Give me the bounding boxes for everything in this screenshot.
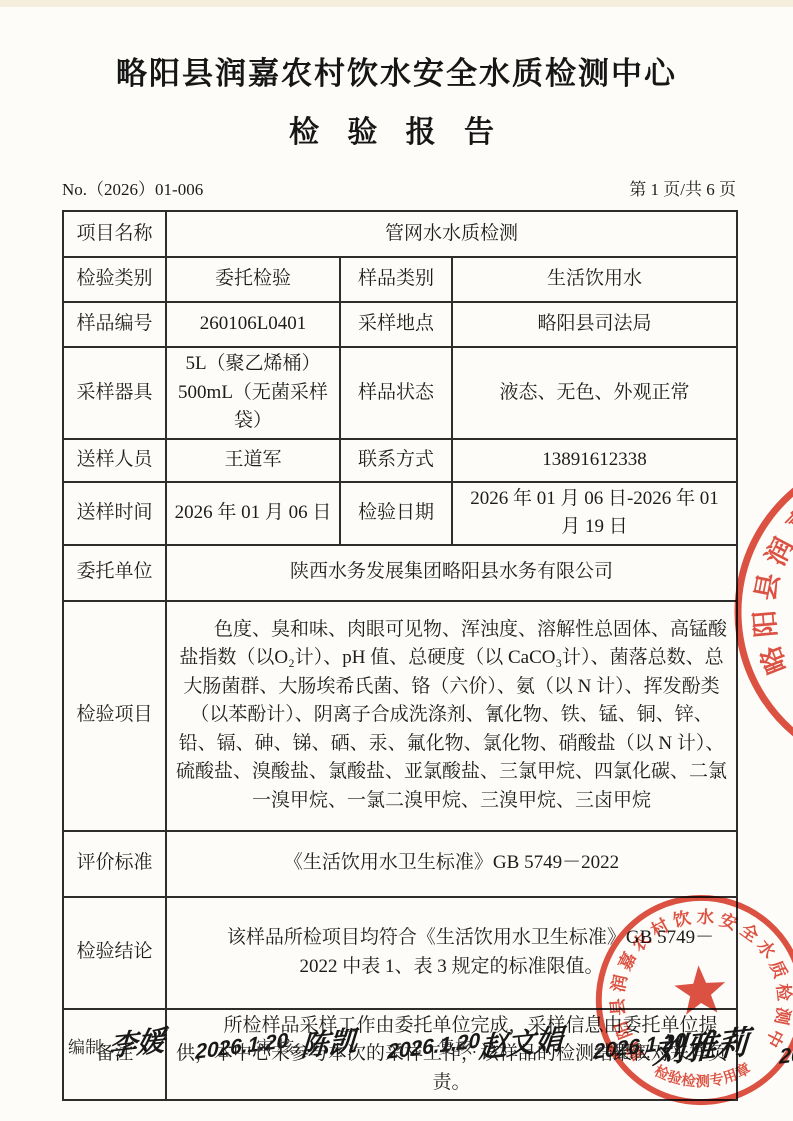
table-row: 检验类别 委托检验 样品类别 生活饮用水 bbox=[63, 257, 737, 302]
signature-block-approved: 批准:刘雅莉 2026.1.20 bbox=[612, 1022, 793, 1068]
send-date-value: 2026 年 01 月 06 日 bbox=[166, 482, 340, 545]
contact-label: 联系方式 bbox=[340, 439, 452, 482]
inspection-type-value: 委托检验 bbox=[166, 257, 340, 302]
sample-state-label: 样品状态 bbox=[340, 347, 452, 439]
table-row: 送样时间 2026 年 01 月 06 日 检验日期 2026 年 01 月 0… bbox=[63, 482, 737, 545]
sender-value: 王道军 bbox=[166, 439, 340, 482]
project-value: 管网水水质检测 bbox=[166, 211, 737, 257]
table-row: 样品编号 260106L0401 采样地点 略阳县司法局 bbox=[63, 302, 737, 347]
sample-state-value: 液态、无色、外观正常 bbox=[452, 347, 737, 439]
report-page: 略阳县润嘉农村饮水安全水质检测中心 检 验 报 告 No.（2026）01-00… bbox=[0, 0, 793, 1121]
seal-star-icon bbox=[673, 964, 727, 1016]
sampling-site-label: 采样地点 bbox=[340, 302, 452, 347]
reviewed-signature: 陈凯 bbox=[300, 1019, 359, 1065]
table-row: 评价标准 《生活饮用水卫生标准》GB 5749－2022 bbox=[63, 831, 737, 897]
official-seal-icon: 略阳县润嘉农村饮水安全水质检测中心 检验检测专用章 bbox=[585, 886, 793, 1119]
meta-row: No.（2026）01-006 第 1 页/共 6 页 bbox=[62, 175, 736, 200]
page-indicator: 第 1 页/共 6 页 bbox=[629, 175, 736, 200]
table-row: 委托单位 陕西水务发展集团略阳县水务有限公司 bbox=[63, 545, 737, 601]
prepared-signature: 李媛 bbox=[107, 1019, 166, 1065]
send-date-label: 送样时间 bbox=[63, 482, 166, 545]
approved-date: 2026.1.20 bbox=[779, 1034, 793, 1070]
sampling-tools-value: 5L（聚乙烯桶） 500mL（无菌采样袋） bbox=[166, 347, 340, 439]
report-title: 检 验 报 告 bbox=[0, 107, 793, 151]
inspection-type-label: 检验类别 bbox=[63, 257, 166, 302]
table-row: 送样人员 王道军 联系方式 13891612338 bbox=[63, 439, 737, 482]
items-label: 检验项目 bbox=[63, 601, 166, 831]
prepared-label: 编制: bbox=[68, 1038, 107, 1057]
client-value: 陕西水务发展集团略阳县水务有限公司 bbox=[166, 545, 737, 601]
approved-signature: 刘雅莉 bbox=[651, 1017, 750, 1074]
report-number: No.（2026）01-006 bbox=[62, 175, 203, 200]
table-row: 项目名称 管网水水质检测 bbox=[63, 211, 737, 257]
reviewed-label: 审 核: bbox=[256, 1038, 299, 1057]
sender-label: 送样人员 bbox=[63, 439, 166, 482]
sample-type-label: 样品类别 bbox=[340, 257, 452, 302]
approved-label: 批准: bbox=[612, 1043, 651, 1062]
sampling-site-value: 略阳县司法局 bbox=[452, 302, 737, 347]
test-date-label: 检验日期 bbox=[340, 482, 452, 545]
client-label: 委托单位 bbox=[63, 545, 166, 601]
table-row: 采样器具 5L（聚乙烯桶） 500mL（无菌采样袋） 样品状态 液态、无色、外观… bbox=[63, 347, 737, 439]
standard-value: 《生活饮用水卫生标准》GB 5749－2022 bbox=[166, 831, 737, 897]
sampling-tools-label: 采样器具 bbox=[63, 347, 166, 439]
conclusion-label: 检验结论 bbox=[63, 897, 166, 1009]
contact-value: 13891612338 bbox=[452, 439, 737, 482]
items-value: 色度、臭和味、肉眼可见物、浑浊度、溶解性总固体、高锰酸盐指数（以O₂计）、pH … bbox=[166, 601, 737, 831]
sample-no-value: 260106L0401 bbox=[166, 302, 340, 347]
rechecked-label: 复核: bbox=[438, 1038, 477, 1057]
org-title: 略阳县润嘉农村饮水安全水质检测中心 bbox=[0, 48, 793, 93]
scan-edge bbox=[0, 0, 793, 7]
project-label: 项目名称 bbox=[63, 211, 166, 257]
rechecked-signature: 赵文娟 bbox=[478, 1017, 564, 1066]
sample-no-label: 样品编号 bbox=[63, 302, 166, 347]
table-row: 检验项目 色度、臭和味、肉眼可见物、浑浊度、溶解性总固体、高锰酸盐指数（以O₂计… bbox=[63, 601, 737, 831]
standard-label: 评价标准 bbox=[63, 831, 166, 897]
test-date-value: 2026 年 01 月 06 日-2026 年 01 月 19 日 bbox=[452, 482, 737, 545]
sample-type-value: 生活饮用水 bbox=[452, 257, 737, 302]
